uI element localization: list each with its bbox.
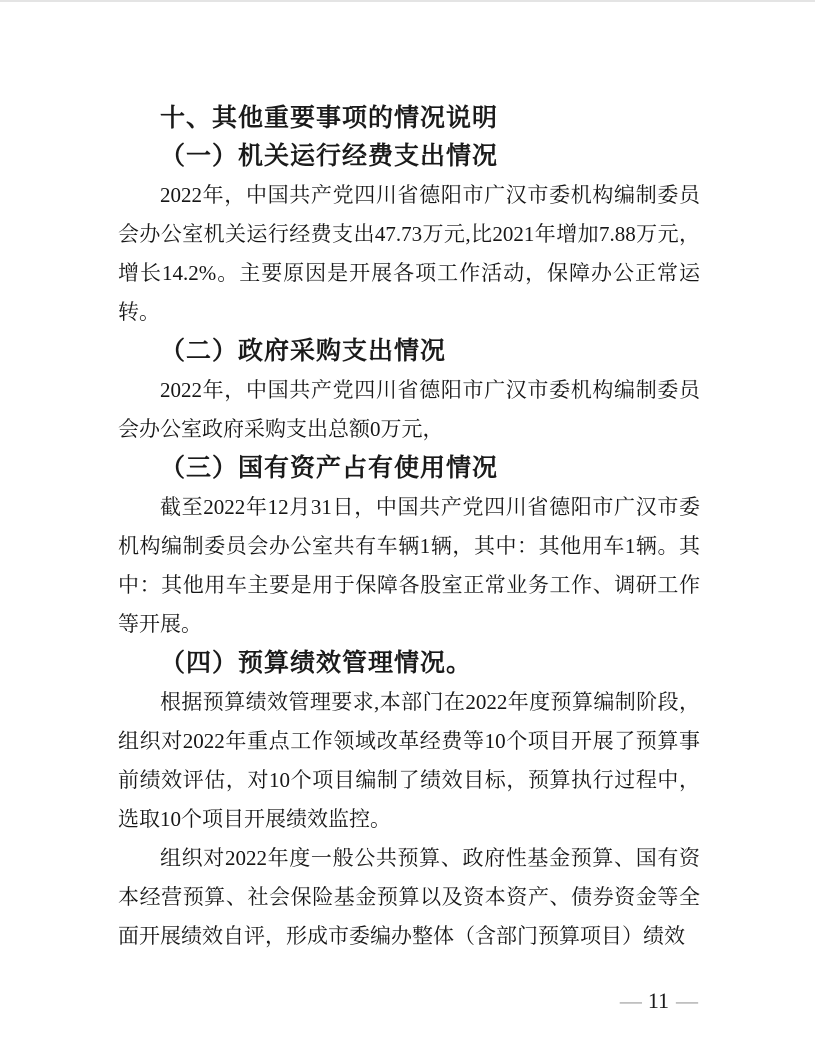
section-budget-performance: （四）预算绩效管理情况。 根据预算绩效管理要求,本部门在2022年度预算编制阶段… xyxy=(118,644,700,956)
section-state-assets: （三）国有资产占有使用情况 截至2022年12月31日，中国共产党四川省德阳市广… xyxy=(118,449,700,644)
section-2-paragraph-1: 2022年，中国共产党四川省德阳市广汉市委机构编制委员会办公室政府采购支出总额0… xyxy=(118,371,700,449)
section-agency-operating-expense: （一）机关运行经费支出情况 2022年，中国共产党四川省德阳市广汉市委机构编制委… xyxy=(118,137,700,332)
document-content: 十、其他重要事项的情况说明 （一）机关运行经费支出情况 2022年，中国共产党四… xyxy=(118,98,700,956)
page-number-value: 11 xyxy=(648,986,669,1016)
section-1-paragraph-1: 2022年，中国共产党四川省德阳市广汉市委机构编制委员会办公室机关运行经费支出4… xyxy=(118,176,700,332)
section-heading-2: （二）政府采购支出情况 xyxy=(160,332,700,371)
section-government-procurement: （二）政府采购支出情况 2022年，中国共产党四川省德阳市广汉市委机构编制委员会… xyxy=(118,332,700,449)
section-3-paragraph-1: 截至2022年12月31日，中国共产党四川省德阳市广汉市委机构编制委员会办公室共… xyxy=(118,488,700,644)
section-heading-3: （三）国有资产占有使用情况 xyxy=(160,449,700,488)
section-heading-4: （四）预算绩效管理情况。 xyxy=(160,644,700,683)
main-heading: 十、其他重要事项的情况说明 xyxy=(160,98,700,137)
section-4-paragraph-1: 根据预算绩效管理要求,本部门在2022年度预算编制阶段，组织对2022年重点工作… xyxy=(118,683,700,839)
document-page: 十、其他重要事项的情况说明 （一）机关运行经费支出情况 2022年，中国共产党四… xyxy=(0,0,815,1055)
page-number-left-dash: — xyxy=(620,986,641,1016)
section-heading-1: （一）机关运行经费支出情况 xyxy=(160,137,700,176)
page-number-right-dash: — xyxy=(676,986,697,1016)
section-4-paragraph-2: 组织对2022年度一般公共预算、政府性基金预算、国有资本经营预算、社会保险基金预… xyxy=(118,839,700,956)
page-number: — 11 — xyxy=(620,986,697,1016)
